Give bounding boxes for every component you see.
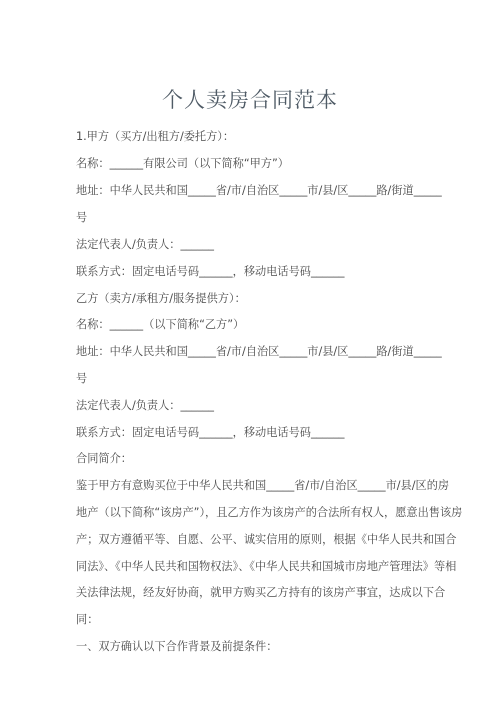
document-page: 个人卖房合同范本 1.甲方（买方/出租方/委托方）：名称：______有限公司（… <box>0 0 500 707</box>
document-line: 关法律法规，经友好协商，就甲方购买乙方持有的该房产事宜，达成以下合 <box>76 585 445 601</box>
document-line: 号 <box>76 371 87 387</box>
document-line: 地址：中华人民共和国_____省/市/自治区_____市/县/区_____路/街… <box>76 183 442 199</box>
document-line: 乙方（卖方/承租方/服务提供方）： <box>76 291 246 307</box>
document-line: 合同简介： <box>76 451 132 467</box>
document-line: 地址：中华人民共和国_____省/市/自治区_____市/县/区_____路/街… <box>76 344 442 360</box>
document-line: 号 <box>76 210 87 226</box>
document-title: 个人卖房合同范本 <box>0 84 500 114</box>
document-line: 联系方式：固定电话号码______，移动电话号码______ <box>76 425 345 441</box>
document-line: 法定代表人/负责人：______ <box>76 237 214 253</box>
document-line: 同： <box>76 612 98 628</box>
document-line: 鉴于甲方有意购买位于中华人民共和国_____省/市/自治区_____市/县/区的… <box>76 478 449 494</box>
document-line: 法定代表人/负责人：______ <box>76 398 214 414</box>
document-line: 名称：______（以下简称“乙方”） <box>76 317 244 333</box>
document-line: 联系方式：固定电话号码______，移动电话号码______ <box>76 264 345 280</box>
document-line: 1.甲方（买方/出租方/委托方）： <box>76 129 234 145</box>
document-line: 产；双方遵循平等、自愿、公平、诚实信用的原则，根据《中华人民共和国合 <box>76 532 456 548</box>
document-line: 一、双方确认以下合作背景及前提条件： <box>76 639 277 655</box>
document-line: 名称：______有限公司（以下简称“甲方”） <box>76 156 289 172</box>
document-line: 地产（以下简称“该房产”），且乙方作为该房产的合法所有权人，愿意出售该房 <box>76 505 462 521</box>
document-line: 同法》、《中华人民共和国物权法》、《中华人民共和国城市房地产管理法》等相 <box>76 559 456 575</box>
